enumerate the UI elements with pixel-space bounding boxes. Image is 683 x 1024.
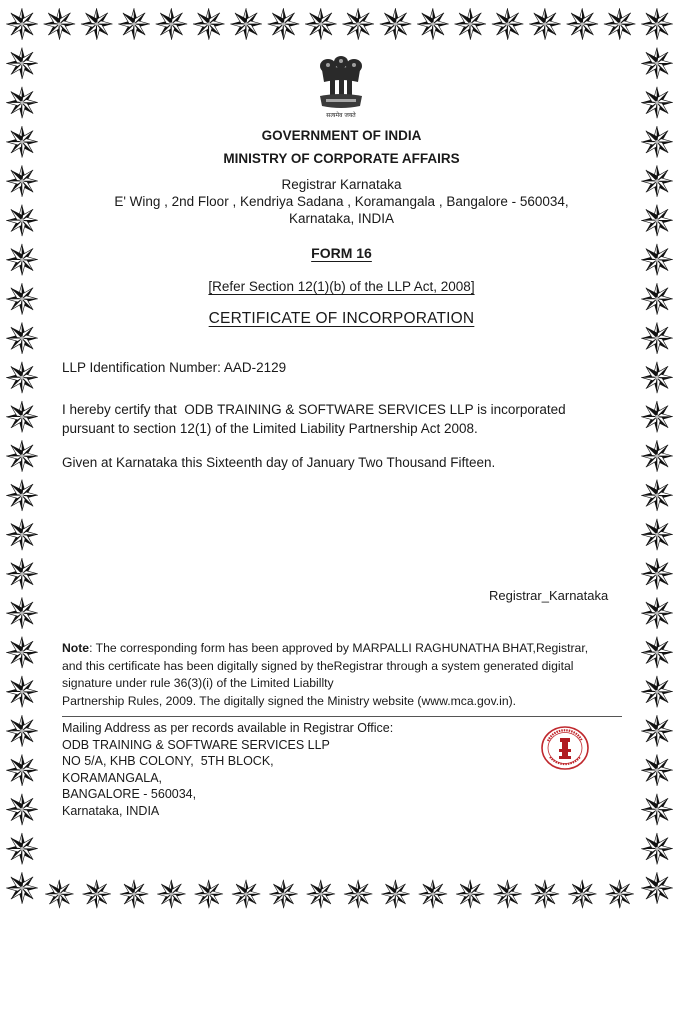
mailing-heading: Mailing Address as per records available… [62,720,393,737]
section-divider [62,716,622,717]
ministry-heading: MINISTRY OF CORPORATE AFFAIRS [0,151,683,166]
mailing-line: ODB TRAINING & SOFTWARE SERVICES LLP [62,737,393,754]
note-line-4: Partnership Rules, 2009. The digitally s… [62,693,632,711]
certify-line-2: pursuant to section 12(1) of the Limited… [62,419,642,438]
note-line-3: signature under rule 36(3)(i) of the Lim… [62,675,632,693]
note-label: Note [62,641,89,655]
note-block: Note: The corresponding form has been ap… [62,640,632,710]
mailing-address: Mailing Address as per records available… [62,720,393,820]
office-address-line2: Karnataka, INDIA [0,210,683,227]
registrar-seal-icon [540,725,590,771]
act-reference: [Refer Section 12(1)(b) of the LLP Act, … [208,279,474,294]
llpin-value: AAD-2129 [224,360,286,375]
llpin-label: LLP Identification Number: [62,360,221,375]
government-heading: GOVERNMENT OF INDIA [0,128,683,143]
given-date-line: Given at Karnataka this Sixteenth day of… [62,453,622,472]
note-line-1: : The corresponding form has been approv… [89,641,588,655]
mailing-line: Karnataka, INDIA [62,803,393,820]
mailing-line: BANGALORE - 560034, [62,786,393,803]
registrar-signature: Registrar_Karnataka [489,588,608,603]
national-emblem-icon: सत्यमेव जयते [306,52,376,120]
registrar-office: Registrar Karnataka [0,176,683,193]
llp-identification: LLP Identification Number: AAD-2129 [62,358,622,377]
certify-statement: I hereby certify that ODB TRAINING & SOF… [62,400,642,438]
certify-line-1: I hereby certify that ODB TRAINING & SOF… [62,400,642,419]
note-line-2: and this certificate has been digitally … [62,658,632,676]
svg-text:सत्यमेव जयते: सत्यमेव जयते [326,111,356,119]
certificate-title: CERTIFICATE OF INCORPORATION [209,310,475,327]
office-address-line1: E' Wing , 2nd Floor , Kendriya Sadana , … [0,193,683,210]
form-title: FORM 16 [311,245,372,261]
mailing-line: KORAMANGALA, [62,770,393,787]
mailing-line: NO 5/A, KHB COLONY, 5TH BLOCK, [62,753,393,770]
